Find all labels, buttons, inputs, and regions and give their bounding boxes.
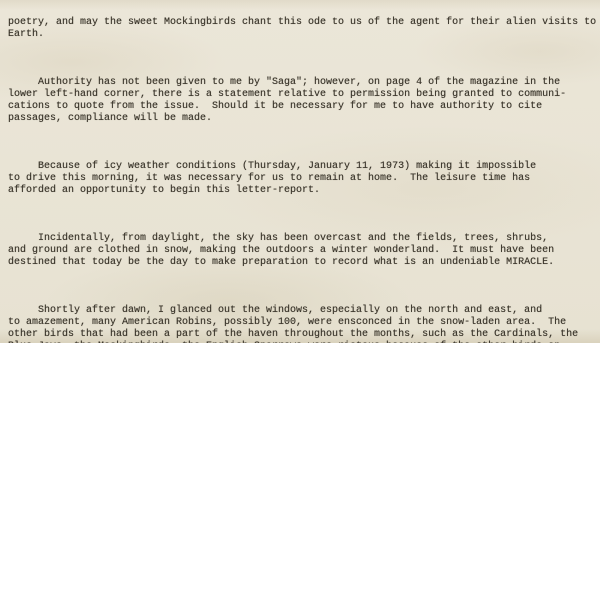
paragraph-robins: Shortly after dawn, I glanced out the wi… bbox=[8, 305, 600, 343]
paragraph-winter-wonderland: Incidentally, from daylight, the sky has… bbox=[8, 233, 600, 269]
paragraph-clipped-top: poetry, and may the sweet Mockingbirds c… bbox=[8, 17, 600, 41]
letter-body: poetry, and may the sweet Mockingbirds c… bbox=[8, 0, 600, 343]
page-background: poetry, and may the sweet Mockingbirds c… bbox=[0, 0, 600, 600]
scanned-page: poetry, and may the sweet Mockingbirds c… bbox=[0, 0, 600, 343]
paragraph-icy-weather: Because of icy weather conditions (Thurs… bbox=[8, 161, 600, 197]
paragraph-authority: Authority has not been given to me by "S… bbox=[8, 77, 600, 125]
